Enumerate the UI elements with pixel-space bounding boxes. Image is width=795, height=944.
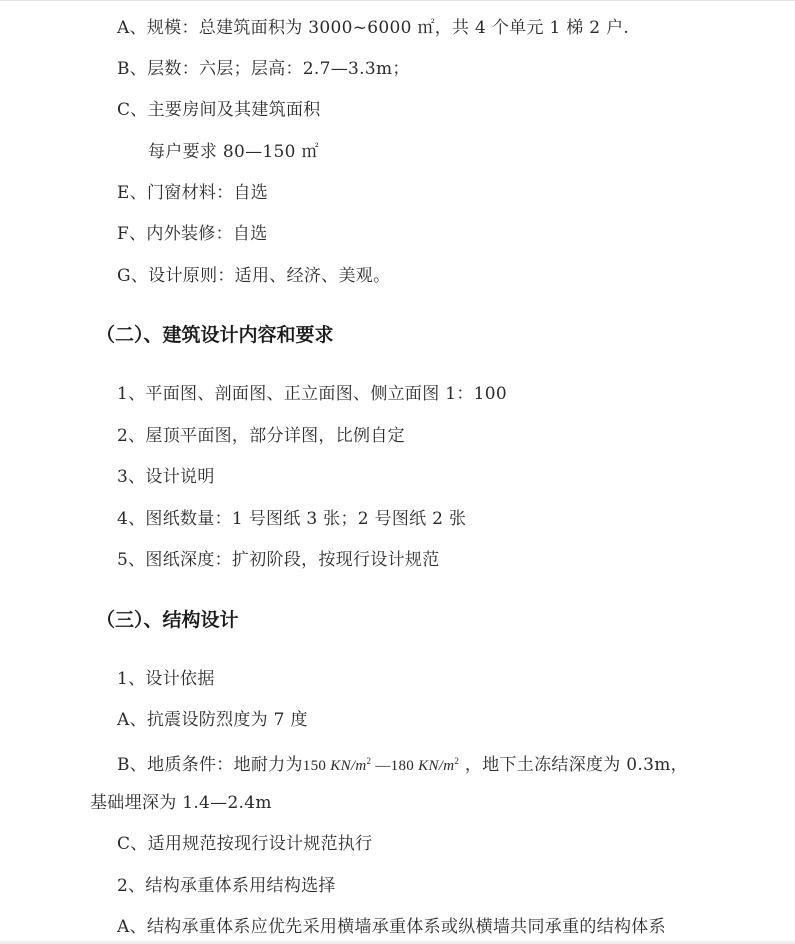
section-heading-structural-design: （三）、结构设计 — [96, 608, 239, 632]
scale-item: A、规模：总建筑面积为 3000~6000 ㎡，共 4 个单元 1 梯 2 户. — [117, 17, 629, 39]
door-window-item: E、门窗材料：自选 — [117, 182, 268, 204]
unit-exponent: 2 — [366, 756, 371, 766]
structural-system-item: 2、结构承重体系用结构选择 — [117, 875, 336, 897]
drawing-item-2: 2、屋顶平面图，部分详图，比例自定 — [117, 425, 405, 447]
floors-item: B、层数：六层；层高：2.7—3.3m； — [117, 58, 410, 80]
bearing-unit: KN/m — [330, 758, 366, 774]
section-heading-architectural-design: （二）、建筑设计内容和要求 — [96, 323, 334, 347]
geology-item: B、地质条件：地耐力为150 KN/m2 —180 KN/m2 ，地下土冻结深度… — [117, 750, 688, 777]
document-page: A、规模：总建筑面积为 3000~6000 ㎡，共 4 个单元 1 梯 2 户.… — [0, 0, 795, 941]
drawing-item-5: 5、图纸深度：扩初阶段，按现行设计规范 — [117, 549, 440, 571]
unit-area-item: 每户要求 80—150 ㎡ — [148, 141, 319, 163]
drawing-item-1: 1、平面图、剖面图、正立面图、侧立面图 1：100 — [117, 383, 507, 405]
drawing-item-3: 3、设计说明 — [117, 466, 215, 488]
code-item: C、适用规范按现行设计规范执行 — [117, 833, 373, 855]
foundation-depth-line: 基础埋深为 1.4—2.4m — [90, 792, 272, 814]
bearing-unit: KN/m — [418, 758, 454, 774]
design-basis-item: 1、设计依据 — [117, 668, 215, 690]
rooms-item: C、主要房间及其建筑面积 — [117, 99, 321, 121]
decoration-item: F、内外装修：自选 — [117, 223, 268, 245]
load-bearing-item: A、结构承重体系应优先采用横墙承重体系或纵横墙共同承重的结构体系 — [117, 916, 666, 938]
principle-item: G、设计原则：适用、经济、美观。 — [117, 265, 390, 287]
geology-suffix: ，地下土冻结深度为 0.3m， — [465, 755, 688, 775]
unit-exponent: 2 — [454, 756, 459, 766]
drawing-item-4: 4、图纸数量：1 号图纸 3 张；2 号图纸 2 张 — [117, 508, 466, 530]
bearing-capacity-formula: 150 KN/m2 —180 KN/m2 — [303, 758, 459, 774]
range-dash: — — [375, 758, 390, 774]
bearing-min-value: 150 — [303, 758, 326, 774]
seismic-item: A、抗震设防烈度为 7 度 — [117, 709, 308, 731]
geology-prefix: B、地质条件：地耐力为 — [117, 755, 303, 775]
bearing-max-value: 180 — [391, 758, 414, 774]
